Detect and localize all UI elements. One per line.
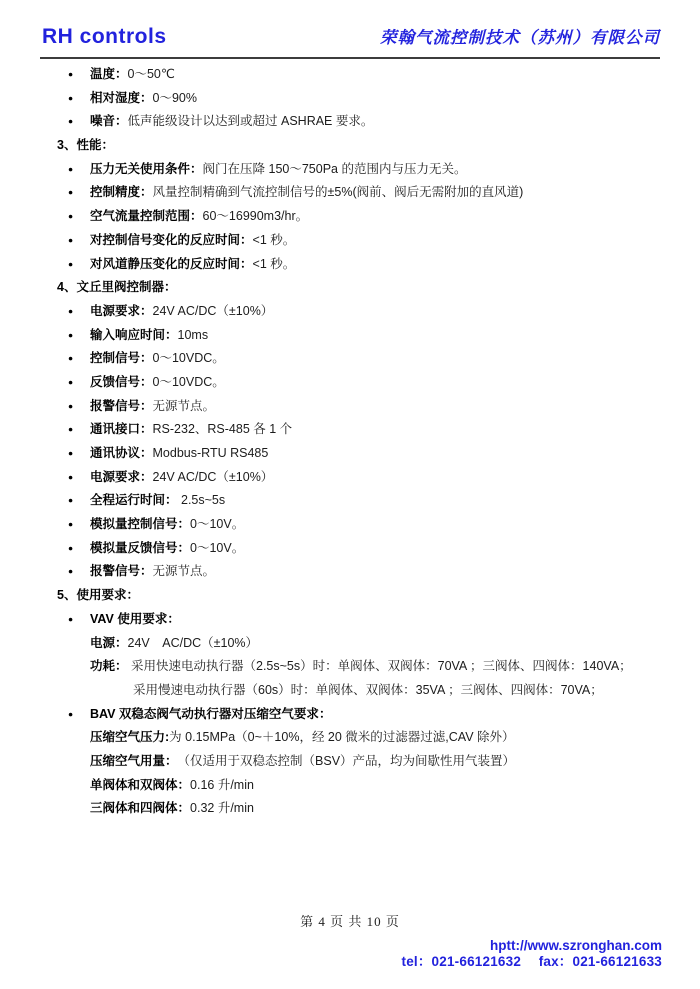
item-label: 压缩空气用量：: [90, 750, 178, 774]
item-label: 电源要求：: [90, 300, 153, 324]
bullet-icon: ●: [68, 324, 90, 348]
header-divider: [40, 57, 660, 59]
spec-item: ● 对风道静压变化的反应时间： <1 秒。: [57, 253, 670, 277]
item-label: BAV 双稳态阀气动执行器对压缩空气要求：: [90, 703, 331, 727]
website-text: hptt://www.szronghan.com: [402, 938, 663, 954]
spec-item: ● 压力无关使用条件： 阀门在压降 150～750Pa 的范围内与压力无关。: [57, 158, 670, 182]
item-value: 0～50℃: [128, 63, 175, 87]
bullet-icon: ●: [68, 395, 90, 419]
item-label: 报警信号：: [90, 560, 153, 584]
spec-item: ● 控制信号： 0～10VDC。: [57, 347, 670, 371]
item-value: 0～10V。: [190, 513, 244, 537]
spec-item: ● 报警信号： 无源节点。: [57, 560, 670, 584]
spec-item: ● 报警信号： 无源节点。: [57, 395, 670, 419]
item-value: 24V AC/DC（±10%）: [153, 466, 274, 490]
company-logo-text: RH controls: [42, 25, 167, 49]
item-value: 为 0.15MPa（0~＋10%，经 20 微米的过滤器过滤,CAV 除外）: [169, 726, 514, 750]
item-value: <1 秒。: [253, 229, 296, 253]
bullet-icon: ●: [68, 181, 90, 205]
bullet-icon: ●: [68, 87, 90, 111]
bullet-icon: ●: [68, 418, 90, 442]
spec-item: ● 空气流量控制范围： 60～16990m3/hr。: [57, 205, 670, 229]
bullet-icon: ●: [68, 608, 90, 632]
item-label: 控制精度：: [90, 181, 153, 205]
item-label: 通讯接口：: [90, 418, 153, 442]
spec-item: ● 输入响应时间： 10ms: [57, 324, 670, 348]
item-value: 阀门在压降 150～750Pa 的范围内与压力无关。: [203, 158, 467, 182]
item-label: 三阀体和四阀体：: [90, 797, 190, 821]
bullet-icon: ●: [68, 158, 90, 182]
item-label: 压力无关使用条件：: [90, 158, 203, 182]
item-label: 4、文丘里阀控制器：: [57, 276, 176, 300]
spec-item: 压缩空气压力: 为 0.15MPa（0~＋10%，经 20 微米的过滤器过滤,C…: [57, 726, 670, 750]
item-value: 低声能级设计以达到或超过 ASHRAE 要求。: [128, 110, 374, 134]
item-value: 24V AC/DC（±10%）: [128, 632, 259, 656]
item-label: 模拟量反馈信号：: [90, 537, 190, 561]
company-name-cn: 荣翰气流控制技术（苏州）有限公司: [380, 24, 660, 49]
spec-item: ● 模拟量反馈信号： 0～10V。: [57, 537, 670, 561]
footer-contact: hptt://www.szronghan.com tel：021-6612163…: [402, 938, 663, 970]
spec-item: ● 控制精度： 风量控制精确到气流控制信号的±5%(阀前、阀后无需附加的直风道): [57, 181, 670, 205]
item-label: 控制信号：: [90, 347, 153, 371]
spec-item: 电源： 24V AC/DC（±10%）: [57, 632, 670, 656]
item-label: 噪音：: [90, 110, 128, 134]
item-value: 采用慢速电动执行器（60s）时：单阀体、双阀体：35VA ；三阀体、四阀体：70…: [133, 679, 603, 703]
spec-item: 采用慢速电动执行器（60s）时：单阀体、双阀体：35VA ；三阀体、四阀体：70…: [57, 679, 670, 703]
spec-item: 4、文丘里阀控制器：: [57, 276, 670, 300]
item-label: 通讯协议：: [90, 442, 153, 466]
spec-item: ● 通讯协议： Modbus-RTU RS485: [57, 442, 670, 466]
item-value: 0～90%: [153, 87, 197, 111]
item-value: （仅适用于双稳态控制（BSV）产品，均为间歇性用气装置）: [178, 750, 516, 774]
bullet-icon: ●: [68, 110, 90, 134]
item-value: 0～10VDC。: [153, 371, 225, 395]
item-label: 反馈信号：: [90, 371, 153, 395]
bullet-icon: ●: [68, 300, 90, 324]
item-label: 压缩空气压力:: [90, 726, 169, 750]
spec-item: 三阀体和四阀体： 0.32 升/min: [57, 797, 670, 821]
item-value: 10ms: [178, 324, 209, 348]
item-value: 风量控制精确到气流控制信号的±5%(阀前、阀后无需附加的直风道): [153, 181, 524, 205]
item-label: 空气流量控制范围：: [90, 205, 203, 229]
spec-item: ● 温度： 0～50℃: [57, 63, 670, 87]
bullet-icon: ●: [68, 371, 90, 395]
spec-item: ● 电源要求： 24V AC/DC（±10%）: [57, 300, 670, 324]
item-value: RS-232、RS-485 各 1 个: [153, 418, 293, 442]
spec-item: ● 模拟量控制信号： 0～10V。: [57, 513, 670, 537]
item-value: 24V AC/DC（±10%）: [153, 300, 274, 324]
bullet-icon: ●: [68, 560, 90, 584]
tel-fax-text: tel：021-66121632 fax：021-66121633: [402, 954, 663, 970]
item-label: 3、性能：: [57, 134, 114, 158]
item-label: 5、使用要求：: [57, 584, 139, 608]
bullet-icon: ●: [68, 229, 90, 253]
spec-item: ● 电源要求： 24V AC/DC（±10%）: [57, 466, 670, 490]
item-label: VAV 使用要求：: [90, 608, 180, 632]
content-list: ● 温度： 0～50℃ ● 相对湿度： 0～90% ● 噪音： 低声能级设计以达…: [57, 63, 670, 821]
item-value: 0～10V。: [190, 537, 244, 561]
spec-item: ● 对控制信号变化的反应时间： <1 秒。: [57, 229, 670, 253]
item-value: Modbus-RTU RS485: [153, 442, 269, 466]
spec-item: ● 相对湿度： 0～90%: [57, 87, 670, 111]
item-value: 2.5s~5s: [178, 489, 226, 513]
bullet-icon: ●: [68, 205, 90, 229]
bullet-icon: ●: [68, 63, 90, 87]
spec-item: ● 噪音： 低声能级设计以达到或超过 ASHRAE 要求。: [57, 110, 670, 134]
item-value: 0.16 升/min: [190, 774, 254, 798]
item-value: 0～10VDC。: [153, 347, 225, 371]
bullet-icon: ●: [68, 253, 90, 277]
item-label: 单阀体和双阀体：: [90, 774, 190, 798]
item-value: 采用快速电动执行器（2.5s~5s）时：单阀体、双阀体：70VA ；三阀体、四阀…: [128, 655, 632, 679]
item-value: 60～16990m3/hr。: [203, 205, 309, 229]
item-value: 无源节点。: [153, 560, 216, 584]
item-label: 模拟量控制信号：: [90, 513, 190, 537]
spec-item: 5、使用要求：: [57, 584, 670, 608]
spec-item: 3、性能：: [57, 134, 670, 158]
item-label: 温度：: [90, 63, 128, 87]
item-value: 无源节点。: [153, 395, 216, 419]
spec-item: 单阀体和双阀体： 0.16 升/min: [57, 774, 670, 798]
item-label: 对控制信号变化的反应时间：: [90, 229, 253, 253]
item-label: 全程运行时间：: [90, 489, 178, 513]
spec-item: ● 全程运行时间： 2.5s~5s: [57, 489, 670, 513]
letterhead: RH controls 荣翰气流控制技术（苏州）有限公司: [42, 24, 660, 49]
item-label: 电源要求：: [90, 466, 153, 490]
spec-item: ● BAV 双稳态阀气动执行器对压缩空气要求：: [57, 703, 670, 727]
item-label: 电源：: [90, 632, 128, 656]
bullet-icon: ●: [68, 442, 90, 466]
item-value: 0.32 升/min: [190, 797, 254, 821]
bullet-icon: ●: [68, 489, 90, 513]
item-value: <1 秒。: [253, 253, 296, 277]
spec-item: ● 反馈信号： 0～10VDC。: [57, 371, 670, 395]
spec-item: ● 通讯接口： RS-232、RS-485 各 1 个: [57, 418, 670, 442]
bullet-icon: ●: [68, 347, 90, 371]
spec-item: ● VAV 使用要求：: [57, 608, 670, 632]
item-label: 功耗：: [90, 655, 128, 679]
bullet-icon: ●: [68, 466, 90, 490]
page-indicator: 第 4 页 共 10 页: [0, 911, 700, 930]
bullet-icon: ●: [68, 537, 90, 561]
item-label: 输入响应时间：: [90, 324, 178, 348]
bullet-icon: ●: [68, 703, 90, 727]
bullet-icon: ●: [68, 513, 90, 537]
item-label: 相对湿度：: [90, 87, 153, 111]
spec-item: 功耗： 采用快速电动执行器（2.5s~5s）时：单阀体、双阀体：70VA ；三阀…: [57, 655, 670, 679]
spec-item: 压缩空气用量： （仅适用于双稳态控制（BSV）产品，均为间歇性用气装置）: [57, 750, 670, 774]
document-page: RH controls 荣翰气流控制技术（苏州）有限公司 ● 温度： 0～50℃…: [0, 0, 700, 989]
item-label: 对风道静压变化的反应时间：: [90, 253, 253, 277]
item-label: 报警信号：: [90, 395, 153, 419]
